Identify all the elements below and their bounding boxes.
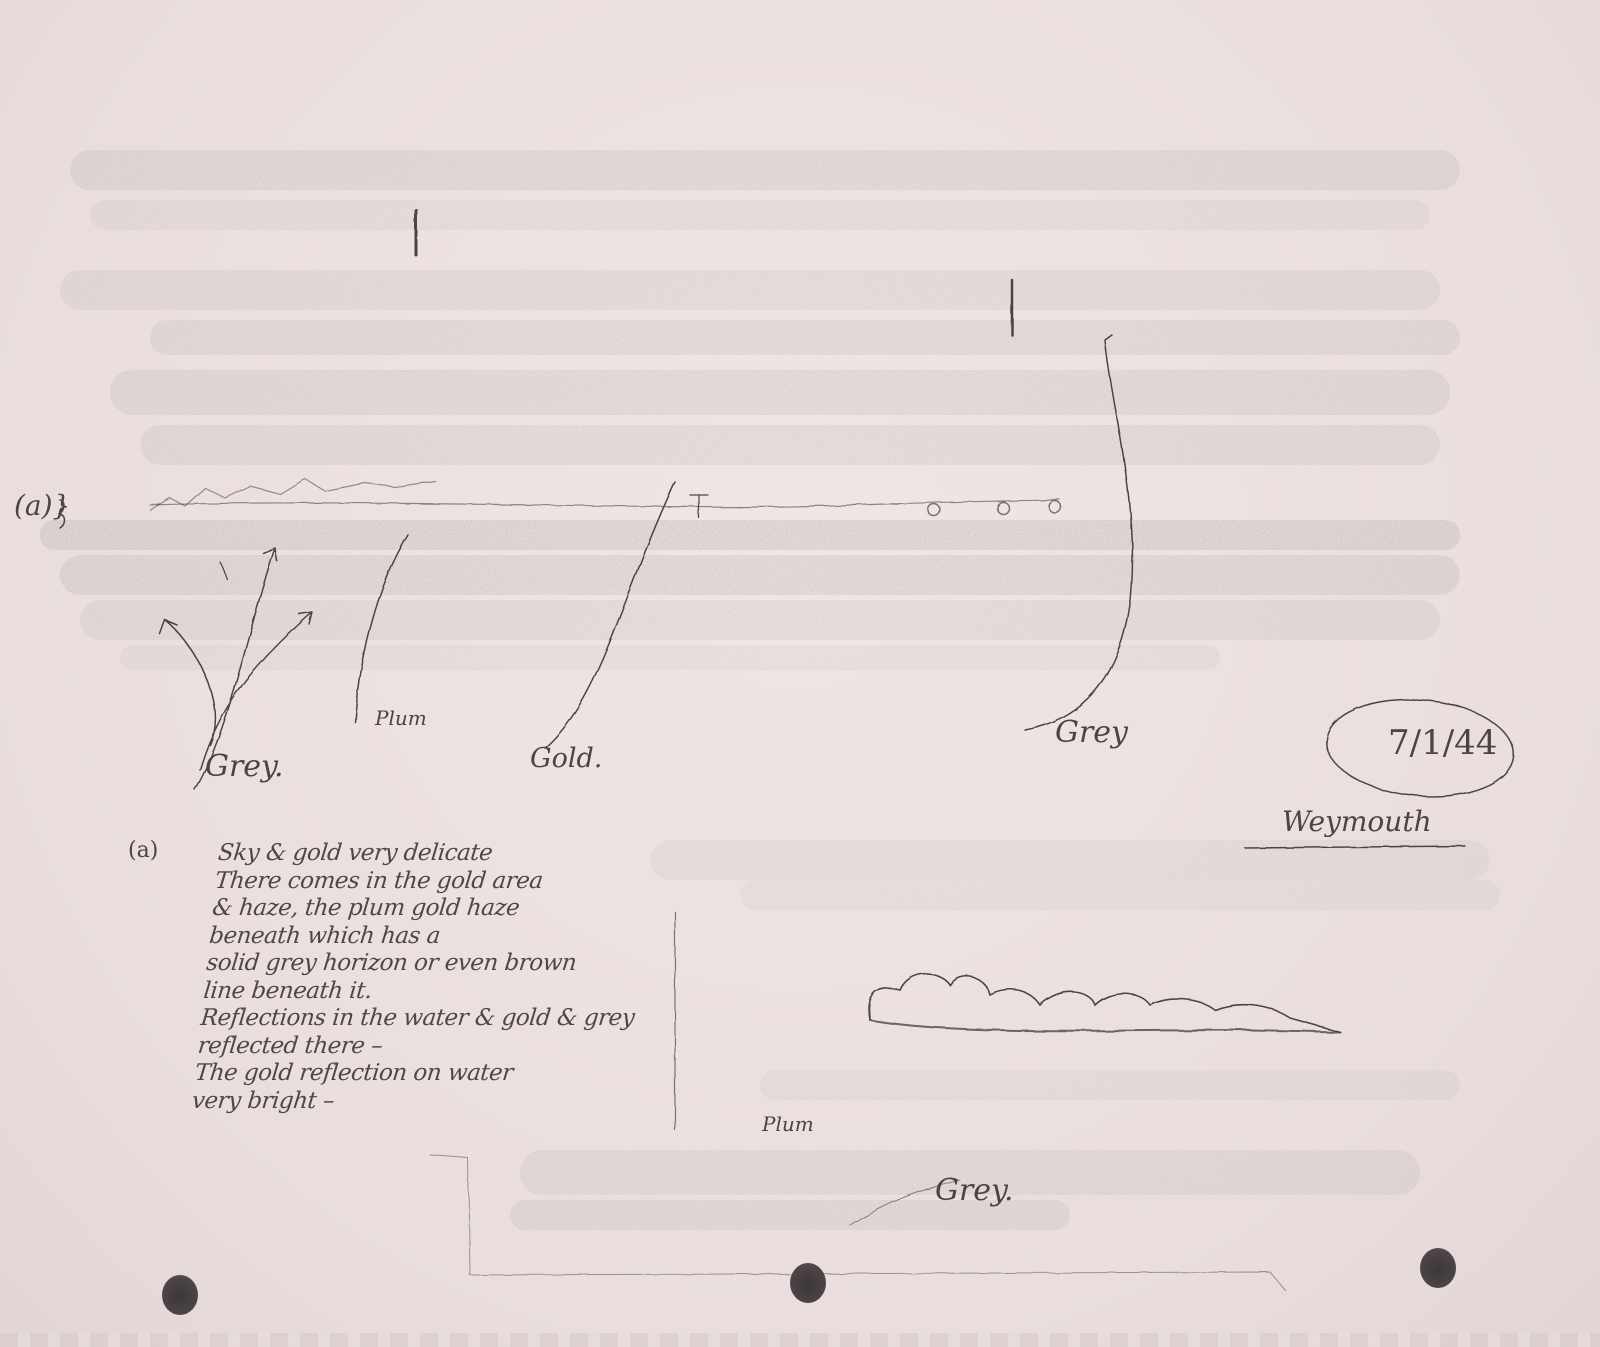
note-line: Reflections in the water & gold & grey bbox=[199, 1005, 635, 1033]
perforated-edge bbox=[0, 1333, 1600, 1347]
label-gold: Gold. bbox=[530, 745, 602, 772]
note-line: reflected there – bbox=[196, 1033, 632, 1061]
punch-hole-center bbox=[790, 1263, 826, 1303]
lower-sketch-shading bbox=[510, 840, 1500, 1230]
punch-hole-right bbox=[1420, 1248, 1456, 1288]
sketch-sheet: (a)} Grey. Plum Gold. Grey 7/1/44 Weymou… bbox=[0, 0, 1600, 1347]
note-line: very bright – bbox=[191, 1088, 627, 1116]
note-line: line beneath it. bbox=[202, 978, 638, 1006]
label-grey-lower: Grey. bbox=[935, 1176, 1014, 1206]
note-line: beneath which has a bbox=[208, 923, 644, 951]
note-line: solid grey horizon or even brown bbox=[205, 950, 641, 978]
sky-shading bbox=[60, 150, 1460, 465]
pencil-drawing bbox=[0, 0, 1600, 1347]
label-grey-left: Grey. bbox=[205, 752, 284, 782]
place-label: Weymouth bbox=[1282, 808, 1432, 836]
label-plum-upper: Plum bbox=[375, 708, 427, 728]
note-line: There comes in the gold area bbox=[214, 868, 650, 896]
note-line: & haze, the plum gold haze bbox=[211, 895, 647, 923]
punch-hole-left bbox=[162, 1275, 198, 1315]
notes-marker: (a) bbox=[128, 840, 158, 862]
water-shading bbox=[40, 520, 1460, 670]
label-plum-lower: Plum bbox=[762, 1114, 814, 1134]
note-line: The gold reflection on water bbox=[193, 1060, 629, 1088]
section-marker: (a)} bbox=[14, 492, 70, 520]
date-label: 7/1/44 bbox=[1388, 726, 1497, 760]
note-line: Sky & gold very delicate bbox=[217, 840, 653, 868]
label-grey-right: Grey bbox=[1055, 718, 1128, 748]
handwritten-notes: Sky & gold very delicate There comes in … bbox=[191, 840, 653, 1115]
